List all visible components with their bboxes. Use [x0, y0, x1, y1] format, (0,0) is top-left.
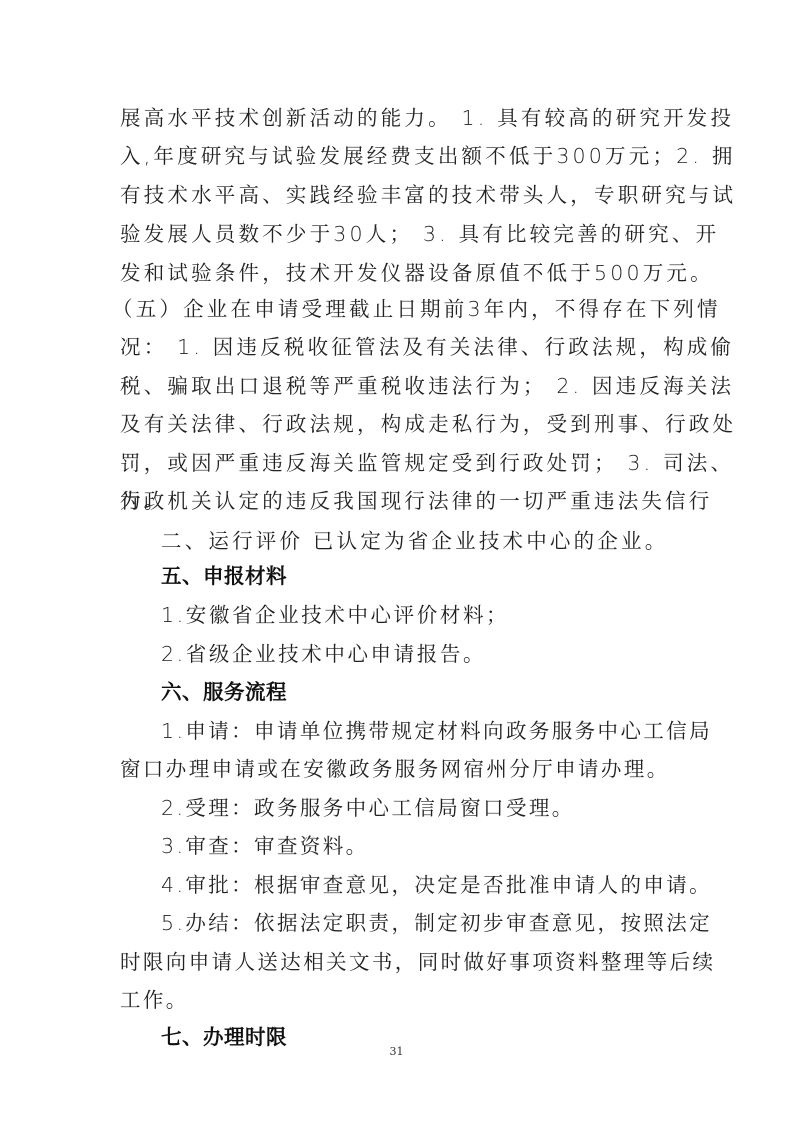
- body-text-line: 罚，或因严重违反海关监管规定受到行政处罚； 3. 司法、: [120, 446, 676, 476]
- process-step-review: 3.审查：审查资料。: [161, 829, 717, 859]
- body-text-line: 展高水平技术创新活动的能力。 1. 具有较高的研究开发投: [120, 101, 676, 131]
- page-number: 31: [0, 1045, 793, 1058]
- body-text-line: 发和试验条件，技术开发仪器设备原值不低于500万元。: [120, 256, 676, 286]
- body-text-line: 验发展人员数不少于30人； 3. 具有比较完善的研究、开: [120, 217, 676, 247]
- body-text-line: （五）企业在申请受理截止日期前3年内，不得存在下列情: [112, 292, 668, 322]
- body-text-line: 为。: [120, 484, 676, 514]
- body-text-line: 入,年度研究与试验发展经费支出额不低于300万元；2. 拥: [120, 139, 676, 169]
- process-step-complete-cont: 工作。: [120, 983, 676, 1013]
- process-step-apply: 1.申请：申请单位携带规定材料向政务服务中心工信局: [161, 714, 717, 744]
- process-step-accept: 2.受理：政务服务中心工信局窗口受理。: [161, 791, 717, 821]
- materials-item: 1.安徽省企业技术中心评价材料；: [161, 598, 717, 628]
- operation-evaluation-text: 二、运行评价 已认定为省企业技术中心的企业。: [161, 524, 717, 554]
- body-text-line: 有技术水平高、实践经验丰富的技术带头人，专职研究与试: [120, 178, 676, 208]
- body-text-line: 税、骗取出口退税等严重税收违法行为； 2. 因违反海关法: [120, 369, 676, 399]
- process-step-apply-cont: 窗口办理申请或在安徽政务服务网宿州分厅申请办理。: [120, 752, 676, 782]
- document-page: 展高水平技术创新活动的能力。 1. 具有较高的研究开发投 入,年度研究与试验发展…: [0, 0, 793, 1122]
- section-heading-materials: 五、申报材料: [161, 559, 287, 589]
- body-text-line: 况： 1. 因违反税收征管法及有关法律、行政法规，构成偷: [120, 330, 676, 360]
- process-step-complete: 5.办结：依据法定职责，制定初步审查意见，按照法定: [161, 906, 717, 936]
- process-step-complete-cont: 时限向申请人送达相关文书，同时做好事项资料整理等后续: [120, 945, 676, 975]
- process-step-approve: 4.审批：根据审查意见，决定是否批准申请人的申请。: [161, 868, 717, 898]
- body-text-line: 及有关法律、行政法规，构成走私行为，受到刑事、行政处: [120, 407, 676, 437]
- section-heading-service-process: 六、服务流程: [161, 675, 287, 705]
- materials-item: 2.省级企业技术中心申请报告。: [161, 637, 717, 667]
